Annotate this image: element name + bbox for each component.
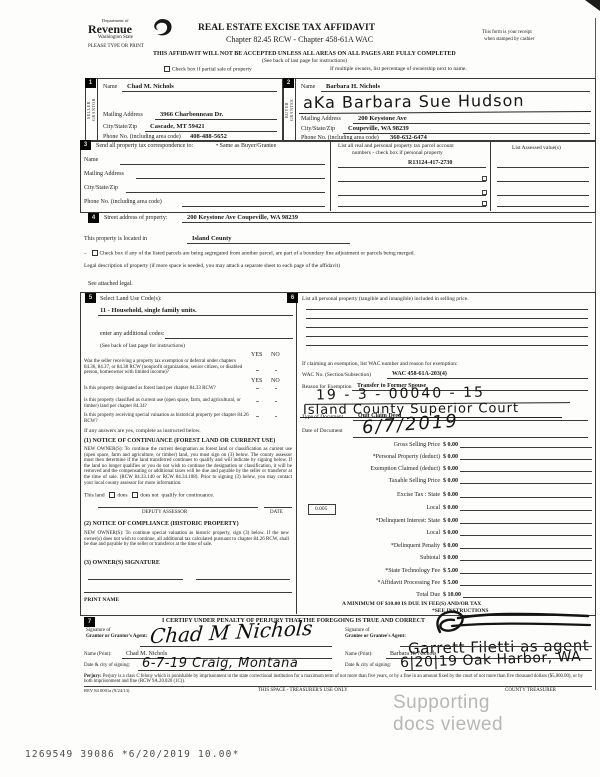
owners-signature-title: (3) OWNER(S) SIGNATURE bbox=[84, 560, 160, 566]
perjury-paragraph: Perjury: Perjury is a class C felony whi… bbox=[84, 674, 592, 685]
answer-mark bbox=[275, 388, 277, 389]
assessed-heading: List Assessed value(s) bbox=[512, 145, 561, 151]
same-as-option: • Same as Buyer/Grantee bbox=[216, 143, 276, 149]
money-row: Excise Tax : State$ 0.00 bbox=[300, 490, 592, 498]
money-label: *Delinquent Penalty bbox=[300, 543, 443, 549]
personal-property-heading: List all personal property (tangible and… bbox=[302, 296, 469, 302]
assessor-date-line bbox=[264, 507, 292, 508]
supporting-docs-annotation-line1: Supporting bbox=[393, 692, 490, 714]
parcel-line-1 bbox=[338, 167, 486, 168]
corr-address-line bbox=[136, 178, 325, 179]
money-line bbox=[460, 452, 592, 460]
money-line bbox=[460, 553, 592, 561]
notice2-body: NEW OWNER(S): To continue special valuat… bbox=[84, 531, 289, 548]
money-row: Subtotal$ 0.00 bbox=[300, 553, 592, 561]
notice1-body: NEW OWNER(S): To continue the current de… bbox=[84, 447, 292, 486]
buyer-address-line bbox=[353, 123, 590, 124]
assessed-line-4 bbox=[497, 206, 589, 207]
answer-mark bbox=[256, 388, 259, 389]
money-label: *State Technology Fee bbox=[300, 568, 443, 574]
money-line bbox=[460, 503, 592, 511]
personal-line-4 bbox=[306, 336, 588, 337]
land-use-code-value: 11 - Household, single family units. bbox=[100, 307, 197, 314]
owner-sig-line-2 bbox=[196, 579, 290, 580]
corr-phone-line bbox=[182, 206, 325, 207]
parcel-heading-2: numbers - check box if personal property bbox=[352, 150, 443, 156]
parcel-col-divider bbox=[330, 140, 331, 211]
scan-corner-artifact bbox=[585, 0, 600, 11]
money-value: $ 0.00 bbox=[443, 454, 460, 460]
section-3-badge: 3 bbox=[80, 140, 91, 150]
buyer-side-label-2: GRANTEE bbox=[289, 82, 294, 138]
buyer-csz-label: City/State/Zip bbox=[301, 126, 335, 132]
money-line bbox=[460, 528, 592, 536]
question-forest-land: Is this property designated as forest la… bbox=[84, 386, 254, 392]
wac-value: WAC 458-61A-203(4) bbox=[392, 371, 447, 377]
qualify-line: This land does does not qualify for cont… bbox=[84, 492, 214, 498]
located-in-line bbox=[187, 243, 350, 244]
money-line bbox=[460, 464, 592, 472]
grantor-signature-line bbox=[140, 646, 332, 647]
grantee-name-print-label: Name (Print): bbox=[345, 652, 373, 658]
buyer-csz-line bbox=[343, 133, 590, 134]
grantor-sig-label-1: Signature of bbox=[86, 628, 111, 634]
money-line bbox=[460, 490, 592, 498]
money-label: *Delinquent Interest: State bbox=[300, 518, 443, 524]
buyer-name-label: Name bbox=[301, 84, 315, 90]
buyer-strip-divider bbox=[295, 78, 296, 140]
money-value: $ 0.00 bbox=[443, 505, 460, 511]
seller-csz-value: Cascade, MT 59421 bbox=[150, 123, 205, 130]
personal-line-1 bbox=[306, 309, 588, 310]
county-treasurer-label: COUNTY TREASURER bbox=[505, 688, 556, 694]
wac-line bbox=[387, 378, 588, 379]
doc-type-label: Type of Document bbox=[302, 414, 343, 420]
personal-line-3 bbox=[306, 327, 588, 328]
answer-mark bbox=[256, 370, 259, 371]
grantor-date-line bbox=[138, 670, 332, 671]
form-title: REAL ESTATE EXCISE TAX AFFIDAVIT bbox=[198, 23, 375, 33]
print-name-label: PRINT NAME bbox=[84, 597, 119, 603]
section-6-badge: 6 bbox=[287, 293, 298, 303]
assessed-line-3 bbox=[497, 195, 589, 196]
buyer-csz-value: Coupeville, WA 98239 bbox=[348, 125, 409, 132]
money-line bbox=[460, 516, 592, 524]
segregated-label: Check box if any of the listed parcels a… bbox=[100, 250, 415, 256]
dor-swirl-icon bbox=[150, 18, 174, 38]
money-label: Total Due bbox=[300, 592, 443, 598]
warning-sub: (See back of last page for instructions) bbox=[262, 58, 347, 64]
money-line bbox=[460, 566, 592, 574]
parcel-line-3 bbox=[338, 195, 486, 196]
seller-csz-line bbox=[145, 131, 277, 132]
perjury-body: Perjury is a class C felony which is pun… bbox=[84, 674, 583, 684]
seller-csz-label: City/State/Zip bbox=[103, 124, 137, 130]
wac-label: WAC No. (Section/Subsection) bbox=[302, 372, 371, 378]
money-line bbox=[460, 476, 592, 484]
buyer-name-value: Barbara H. Nichols bbox=[326, 83, 380, 90]
does-not-checkbox bbox=[132, 492, 138, 498]
money-line bbox=[463, 590, 592, 598]
deputy-assessor-line bbox=[98, 507, 258, 508]
form-subtitle: Chapter 82.45 RCW - Chapter 458-61A WAC bbox=[226, 35, 373, 44]
qualify-tail: qualify for continuance. bbox=[161, 492, 214, 498]
land-use-select-label: Select Land Use Code(s): bbox=[100, 296, 161, 302]
money-row: Taxable Selling Price$ 0.00 bbox=[300, 476, 592, 484]
question-historic: Is this property receiving special valua… bbox=[84, 413, 254, 424]
corr-name-line bbox=[120, 164, 325, 165]
legal-description-value: See attached legal. bbox=[88, 281, 133, 287]
correspondence-heading: Send all property tax correspondence to: bbox=[96, 143, 193, 149]
parcel-number-value: R13124-417-2730 bbox=[408, 160, 452, 166]
does-checkbox bbox=[109, 492, 115, 498]
money-value: $ 10.00 bbox=[443, 592, 463, 598]
print-name-line bbox=[84, 592, 292, 593]
grantor-name-print-label: Name (Print): bbox=[84, 652, 112, 658]
qualify-lead: This land bbox=[84, 492, 105, 498]
notice1-title: (1) NOTICE OF CONTINUANCE (FOREST LAND O… bbox=[84, 438, 275, 444]
money-label: Subtotal bbox=[300, 555, 443, 561]
money-value: $ 0.00 bbox=[443, 555, 460, 561]
no-header-1: NO bbox=[271, 352, 280, 358]
grantor-date-handwriting: 6-7-19 Craig, Montana bbox=[142, 656, 298, 671]
money-row: *State Technology Fee$ 5.00 bbox=[300, 566, 592, 574]
money-line bbox=[460, 541, 592, 549]
money-row: Gross Selling Price$ 0.00 bbox=[300, 440, 592, 448]
question-current-use: Is this property classified as current u… bbox=[84, 398, 254, 409]
yes-header-1: YES bbox=[251, 352, 262, 358]
corr-address-label: Mailing Address bbox=[84, 171, 124, 177]
if-yes-note: If any answers are yes, complete as inst… bbox=[84, 428, 201, 434]
personal-property-checkbox-3 bbox=[482, 201, 487, 206]
money-value: $ 0.00 bbox=[443, 530, 460, 536]
personal-line-5 bbox=[306, 345, 588, 346]
additional-codes-label: enter any additional codes: bbox=[100, 331, 164, 337]
seller-name-label: Name bbox=[103, 84, 117, 90]
money-label: *Personal Property (deduct) bbox=[300, 454, 443, 460]
does-not-label: does not bbox=[140, 492, 159, 498]
receipt-note-2: when stamped by cashier bbox=[484, 37, 534, 43]
answer-mark bbox=[256, 401, 259, 402]
grantee-sig-label-2: Grantee or Grantee's Agent: bbox=[345, 634, 406, 640]
parcel-line-4 bbox=[338, 206, 486, 207]
grantee-date-city-label: Date & city of signing: bbox=[345, 663, 391, 669]
money-line bbox=[460, 440, 592, 448]
section-7-badge: 7 bbox=[84, 617, 95, 627]
treasurer-space-label: THIS SPACE - TREASURER'S USE ONLY bbox=[258, 688, 348, 694]
personal-line-2 bbox=[306, 318, 588, 319]
money-row: *Delinquent Penalty$ 0.00 bbox=[300, 541, 592, 549]
local-rate-value: 0.005 bbox=[315, 506, 327, 512]
assessed-line-1 bbox=[497, 167, 589, 168]
scanned-affidavit-page: Department of Revenue Washington State P… bbox=[0, 0, 600, 777]
corr-csz-label: City/State/Zip bbox=[84, 185, 118, 191]
same-as-label: Same as Buyer/Grantee bbox=[220, 143, 277, 149]
owner-sig-line-1 bbox=[88, 579, 183, 580]
notice2-title: (2) NOTICE OF COMPLIANCE (HISTORIC PROPE… bbox=[84, 521, 239, 527]
corr-name-label: Name bbox=[84, 157, 98, 163]
money-value: $ 5.00 bbox=[443, 568, 460, 574]
money-line bbox=[460, 578, 592, 586]
money-value: $ 0.00 bbox=[443, 478, 460, 484]
answer-mark bbox=[256, 416, 259, 417]
money-row: *Personal Property (deduct)$ 0.00 bbox=[300, 452, 592, 460]
money-value: $ 0.00 bbox=[443, 518, 460, 524]
question-exemption: Was the seller receiving a property tax … bbox=[84, 359, 247, 376]
warning-line: THIS AFFIDAVIT WILL NOT BE ACCEPTED UNLE… bbox=[153, 51, 456, 57]
street-address-value: 200 Keystone Ave Coupeville, WA 98239 bbox=[187, 214, 298, 221]
doc-date-line bbox=[353, 437, 588, 438]
deputy-assessor-label: DEPUTY ASSESSOR bbox=[142, 510, 187, 516]
grantee-date-line bbox=[405, 670, 592, 671]
street-address-line bbox=[182, 222, 592, 223]
seller-side-label-2: GRANTOR bbox=[91, 82, 96, 138]
corr-phone-label: Phone No. (including area code) bbox=[84, 199, 162, 205]
section-5-badge: 5 bbox=[85, 293, 96, 303]
column-divider bbox=[296, 292, 297, 614]
answer-mark bbox=[275, 416, 277, 417]
legal-description-label: Legal description of property (if more s… bbox=[84, 263, 340, 269]
assessed-line-2 bbox=[497, 181, 589, 182]
money-label: Excise Tax : State bbox=[300, 492, 443, 498]
grantor-date-city-label: Date & city of signing: bbox=[84, 663, 130, 669]
partial-sale-note: Check box if partial sale of property bbox=[162, 66, 252, 72]
section-4-badge: 4 bbox=[88, 213, 99, 223]
logo-wa-state: Washington State bbox=[98, 35, 133, 41]
answer-mark bbox=[275, 370, 277, 371]
money-value: $ 0.00 bbox=[443, 442, 460, 448]
assessed-col-divider bbox=[490, 140, 491, 211]
money-row: Local$ 0.00 bbox=[300, 528, 592, 536]
yes-header-2: YES bbox=[251, 378, 262, 384]
money-value: $ 5.00 bbox=[443, 580, 460, 586]
form-rev-number: REV 84 0001a (9/24/13) bbox=[84, 688, 129, 693]
footer-rule bbox=[84, 686, 592, 687]
land-use-code-line bbox=[98, 315, 293, 316]
money-label: *Affidavit Processing Fee bbox=[300, 580, 443, 586]
seller-name-value: Chad M. Nichols bbox=[127, 83, 174, 90]
buyer-address-value: 200 Keystone Ave bbox=[358, 115, 407, 122]
please-type-note: PLEASE TYPE OR PRINT bbox=[88, 44, 144, 50]
corr-csz-line bbox=[126, 192, 325, 193]
located-in-value: Island County bbox=[192, 235, 232, 242]
doc-date-label: Date of Document bbox=[302, 428, 343, 434]
buyer-address-label: Mailing Address bbox=[301, 116, 341, 122]
personal-property-checkbox-2 bbox=[482, 190, 487, 195]
segregated-checkbox bbox=[92, 250, 98, 256]
partial-sale-checkbox bbox=[164, 66, 170, 72]
money-label: Gross Selling Price bbox=[300, 442, 443, 448]
money-label: Exemption Claimed (deduct) bbox=[300, 466, 443, 472]
supporting-docs-annotation-line2: docs viewed bbox=[393, 714, 503, 736]
seller-address-value: 3966 Charbonneau Dr. bbox=[160, 111, 223, 118]
cashier-receipt-stamp: 1269549 39086 *6/20/2019 10.00* bbox=[25, 749, 240, 760]
money-row: *Affidavit Processing Fee$ 5.00 bbox=[300, 578, 592, 586]
parcel-line-2 bbox=[338, 181, 486, 182]
grantor-sig-label-2: Grantor or Grantor's Agent: bbox=[86, 634, 147, 640]
street-address-label: Street address of property: bbox=[104, 215, 167, 221]
personal-property-checkbox-1 bbox=[482, 176, 487, 181]
money-row: Exemption Claimed (deduct)$ 0.00 bbox=[300, 464, 592, 472]
money-value: $ 0.00 bbox=[443, 466, 460, 472]
seller-strip-divider bbox=[97, 78, 98, 140]
grantee-sig-label-1: Signature of bbox=[345, 628, 370, 634]
money-row: Total Due$ 10.00 bbox=[300, 590, 592, 598]
see-back-note: (See back of last page for instructions) bbox=[100, 343, 185, 349]
seller-phone-value: 408-488-5652 bbox=[190, 133, 227, 140]
additional-codes-line bbox=[165, 338, 293, 339]
seller-address-line bbox=[155, 119, 277, 120]
seller-address-label: Mailing Address bbox=[103, 112, 143, 118]
money-label: Local bbox=[300, 530, 443, 536]
money-value: $ 0.00 bbox=[443, 543, 460, 549]
assessor-date-label: DATE bbox=[270, 510, 283, 516]
answer-mark bbox=[275, 401, 277, 402]
money-row: *Delinquent Interest: State$ 0.00 bbox=[300, 516, 592, 524]
grantee-signature-line bbox=[400, 646, 592, 647]
seller-name-line bbox=[122, 91, 277, 92]
receipt-note-1: This form is your receipt bbox=[482, 30, 532, 36]
perjury-lead: Perjury: bbox=[84, 674, 102, 679]
located-in-label: This property is located in bbox=[84, 236, 147, 242]
money-label: Taxable Selling Price bbox=[300, 478, 443, 484]
money-value: $ 0.00 bbox=[443, 492, 460, 498]
segregated-note: – Check box if any of the listed parcels… bbox=[84, 250, 415, 256]
partial-sale-label: Check box if partial sale of property bbox=[172, 66, 252, 72]
multiple-owners-note: If multiple owners, list percentage of o… bbox=[330, 66, 467, 72]
parcel-heading-1: List all real and personal property tax … bbox=[338, 143, 454, 149]
no-header-2: NO bbox=[271, 378, 280, 384]
buyer-aka-handwriting: aKa Barbara Sue Hudson bbox=[303, 91, 525, 112]
claim-exemption-heading: If claiming an exemption, list WAC numbe… bbox=[302, 361, 458, 367]
does-label: does bbox=[117, 492, 127, 498]
money-row: Local$ 0.00 bbox=[300, 503, 592, 511]
